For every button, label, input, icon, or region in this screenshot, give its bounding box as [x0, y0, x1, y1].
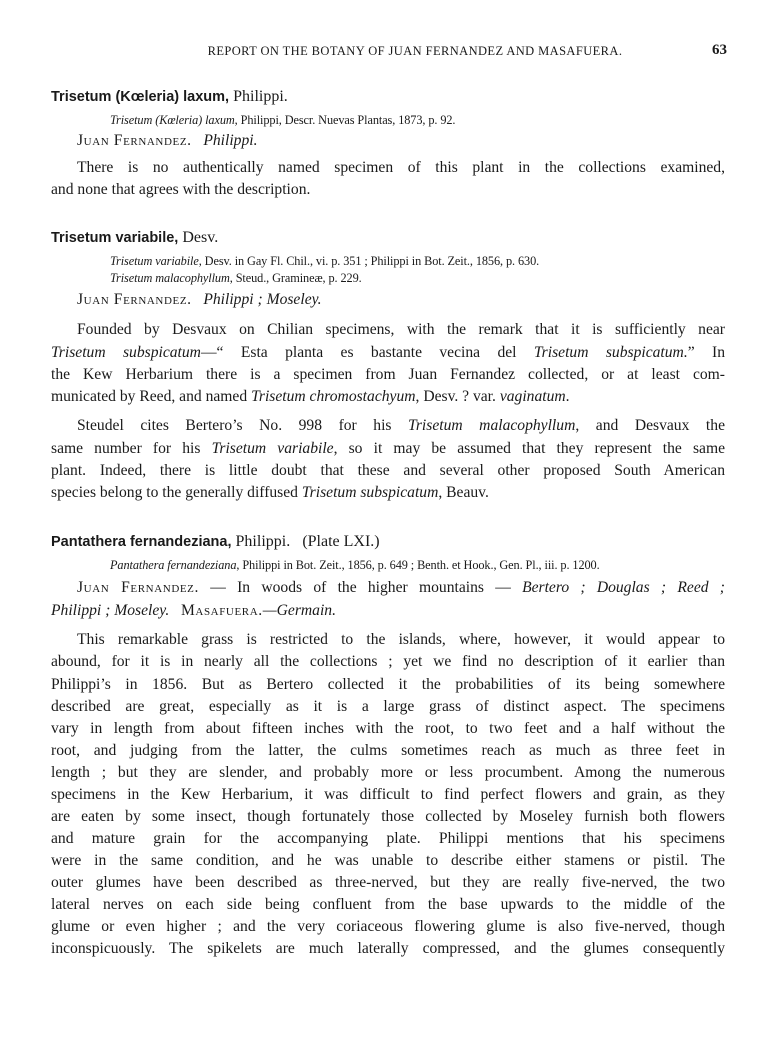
taxon-italic: Trisetum variabile: [212, 440, 334, 457]
text-run: Steudel cites Bertero’s No. 998 for his: [77, 417, 408, 434]
paragraph-line: vary in length from about fifteen inches…: [51, 719, 725, 739]
species-heading: Trisetum variabile, Desv.: [51, 228, 218, 248]
paragraph-line: Steudel cites Bertero’s No. 998 for his …: [77, 416, 725, 436]
species-name: Pantathera fernandeziana,: [51, 534, 232, 550]
text-run: species belong to the generally diffused: [51, 484, 302, 501]
paragraph-line: and mature grain for the accompanying pl…: [51, 829, 725, 849]
species-name: Trisetum variabile,: [51, 230, 178, 246]
locality-place: Juan Fernandez.: [77, 579, 199, 596]
taxon-italic: vaginatum: [500, 388, 566, 405]
locality-collectors: Philippi ; Moseley.: [51, 602, 169, 619]
paragraph-line: Trisetum subspicatum—“ Esta planta es ba…: [51, 343, 725, 363]
taxon-italic: Trisetum chromostachyum: [251, 388, 415, 405]
citation-reference: , Philippi in Bot. Zeit., 1856, p. 649 ;…: [236, 558, 599, 572]
text-run: , Beauv.: [438, 484, 489, 501]
citation-taxon: Pantathera fernandeziana: [110, 558, 236, 572]
text-run: .: [566, 388, 570, 405]
text-run: , so it may be assumed that they represe…: [334, 440, 725, 457]
paragraph-line: Founded by Desvaux on Chilian specimens,…: [77, 320, 725, 340]
paragraph-line: glume or even higher ; and the very cori…: [51, 917, 725, 937]
paragraph-line: lateral nerves on each side being conflu…: [51, 895, 725, 915]
citation-reference: , Philippi, Descr. Nuevas Plantas, 1873,…: [235, 113, 456, 127]
locality-habitat: — In woods of the higher mountains —: [199, 579, 522, 596]
running-header: REPORT ON THE BOTANY OF JUAN FERNANDEZ A…: [130, 44, 700, 59]
taxon-italic: Trisetum subspicatum.: [534, 344, 688, 361]
document-page: REPORT ON THE BOTANY OF JUAN FERNANDEZ A…: [0, 0, 776, 1050]
paragraph-line: outer glumes have been described as thre…: [51, 873, 725, 893]
species-authority: Philippi.: [236, 533, 291, 550]
locality-line: Juan Fernandez. Philippi.: [77, 131, 258, 151]
species-authority: Desv.: [182, 229, 218, 246]
locality-line: Juan Fernandez. Philippi ; Moseley.: [77, 290, 322, 310]
text-run: , Desv. ? var.: [416, 388, 500, 405]
paragraph-line: were in the same condition, and he was u…: [51, 851, 725, 871]
species-name: Trisetum (Kœleria) laxum,: [51, 89, 229, 105]
citation-taxon: Trisetum (Kœleria) laxum: [110, 113, 235, 127]
locality-collectors: —Germain.: [263, 602, 336, 619]
plate-reference: (Plate LXI.): [302, 533, 379, 550]
locality-place: Juan Fernandez.: [77, 132, 192, 149]
text-run: , and Desvaux the: [575, 417, 725, 434]
locality-place: Masafuera.: [181, 602, 263, 619]
locality-collectors: Philippi.: [203, 132, 257, 149]
paragraph-line: This remarkable grass is restricted to t…: [77, 630, 725, 650]
paragraph-line: specimens in the Kew Herbarium, it was d…: [51, 785, 725, 805]
citation-reference: , Desv. in Gay Fl. Chil., vi. p. 351 ; P…: [199, 254, 539, 268]
paragraph-line: root, and judging from the latter, the c…: [51, 741, 725, 761]
paragraph-line: length ; but they are slender, and proba…: [51, 763, 725, 783]
paragraph-line: abound, for it is in nearly all the coll…: [51, 652, 725, 672]
text-run: same number for his: [51, 440, 212, 457]
text-run: municated by Reed, and named: [51, 388, 251, 405]
citation-taxon: Trisetum variabile: [110, 254, 199, 268]
synonym-citation: Pantathera fernandeziana, Philippi in Bo…: [110, 555, 600, 575]
locality-collectors: Bertero ; Douglas ; Reed ;: [522, 579, 725, 596]
paragraph-line: species belong to the generally diffused…: [51, 483, 725, 503]
page-number: 63: [712, 42, 727, 59]
citation-reference: , Steud., Gramineæ, p. 229.: [230, 271, 362, 285]
citation-taxon: Trisetum malacophyllum: [110, 271, 230, 285]
synonym-citation: Trisetum (Kœleria) laxum, Philippi, Desc…: [110, 110, 455, 130]
taxon-italic: Trisetum malacophyllum: [408, 417, 575, 434]
species-authority: Philippi.: [233, 88, 288, 105]
text-run: —“ Esta planta es bastante vecina del: [201, 344, 534, 361]
paragraph-line: Philippi’s in 1856. But as Bertero colle…: [51, 675, 725, 695]
paragraph-line: the Kew Herbarium there is a specimen fr…: [51, 365, 725, 385]
paragraph-line: and none that agrees with the descriptio…: [51, 180, 725, 200]
species-heading: Trisetum (Kœleria) laxum, Philippi.: [51, 87, 288, 107]
paragraph-line: municated by Reed, and named Trisetum ch…: [51, 387, 725, 407]
synonym-citation: Trisetum malacophyllum, Steud., Gramineæ…: [110, 268, 362, 288]
locality-place: Juan Fernandez.: [77, 291, 192, 308]
paragraph-line: There is no authentically named specimen…: [77, 158, 725, 178]
locality-line: Juan Fernandez. — In woods of the higher…: [77, 578, 725, 598]
taxon-italic: Trisetum subspicatum: [51, 344, 201, 361]
paragraph-line: are eaten by some insect, though fortuna…: [51, 807, 725, 827]
paragraph-line: plant. Indeed, there is little doubt tha…: [51, 461, 725, 481]
paragraph-line: same number for his Trisetum variabile, …: [51, 439, 725, 459]
paragraph-line: described are great, especially as it is…: [51, 697, 725, 717]
species-heading: Pantathera fernandeziana, Philippi. (Pla…: [51, 532, 380, 552]
paragraph-line: inconspicuously. The spikelets are much …: [51, 939, 725, 959]
taxon-italic: Trisetum subspicatum: [302, 484, 438, 501]
text-run: ” In: [688, 344, 725, 361]
locality-line: Philippi ; Moseley. Masafuera.—Germain.: [51, 601, 336, 621]
locality-collectors: Philippi ; Moseley.: [203, 291, 321, 308]
